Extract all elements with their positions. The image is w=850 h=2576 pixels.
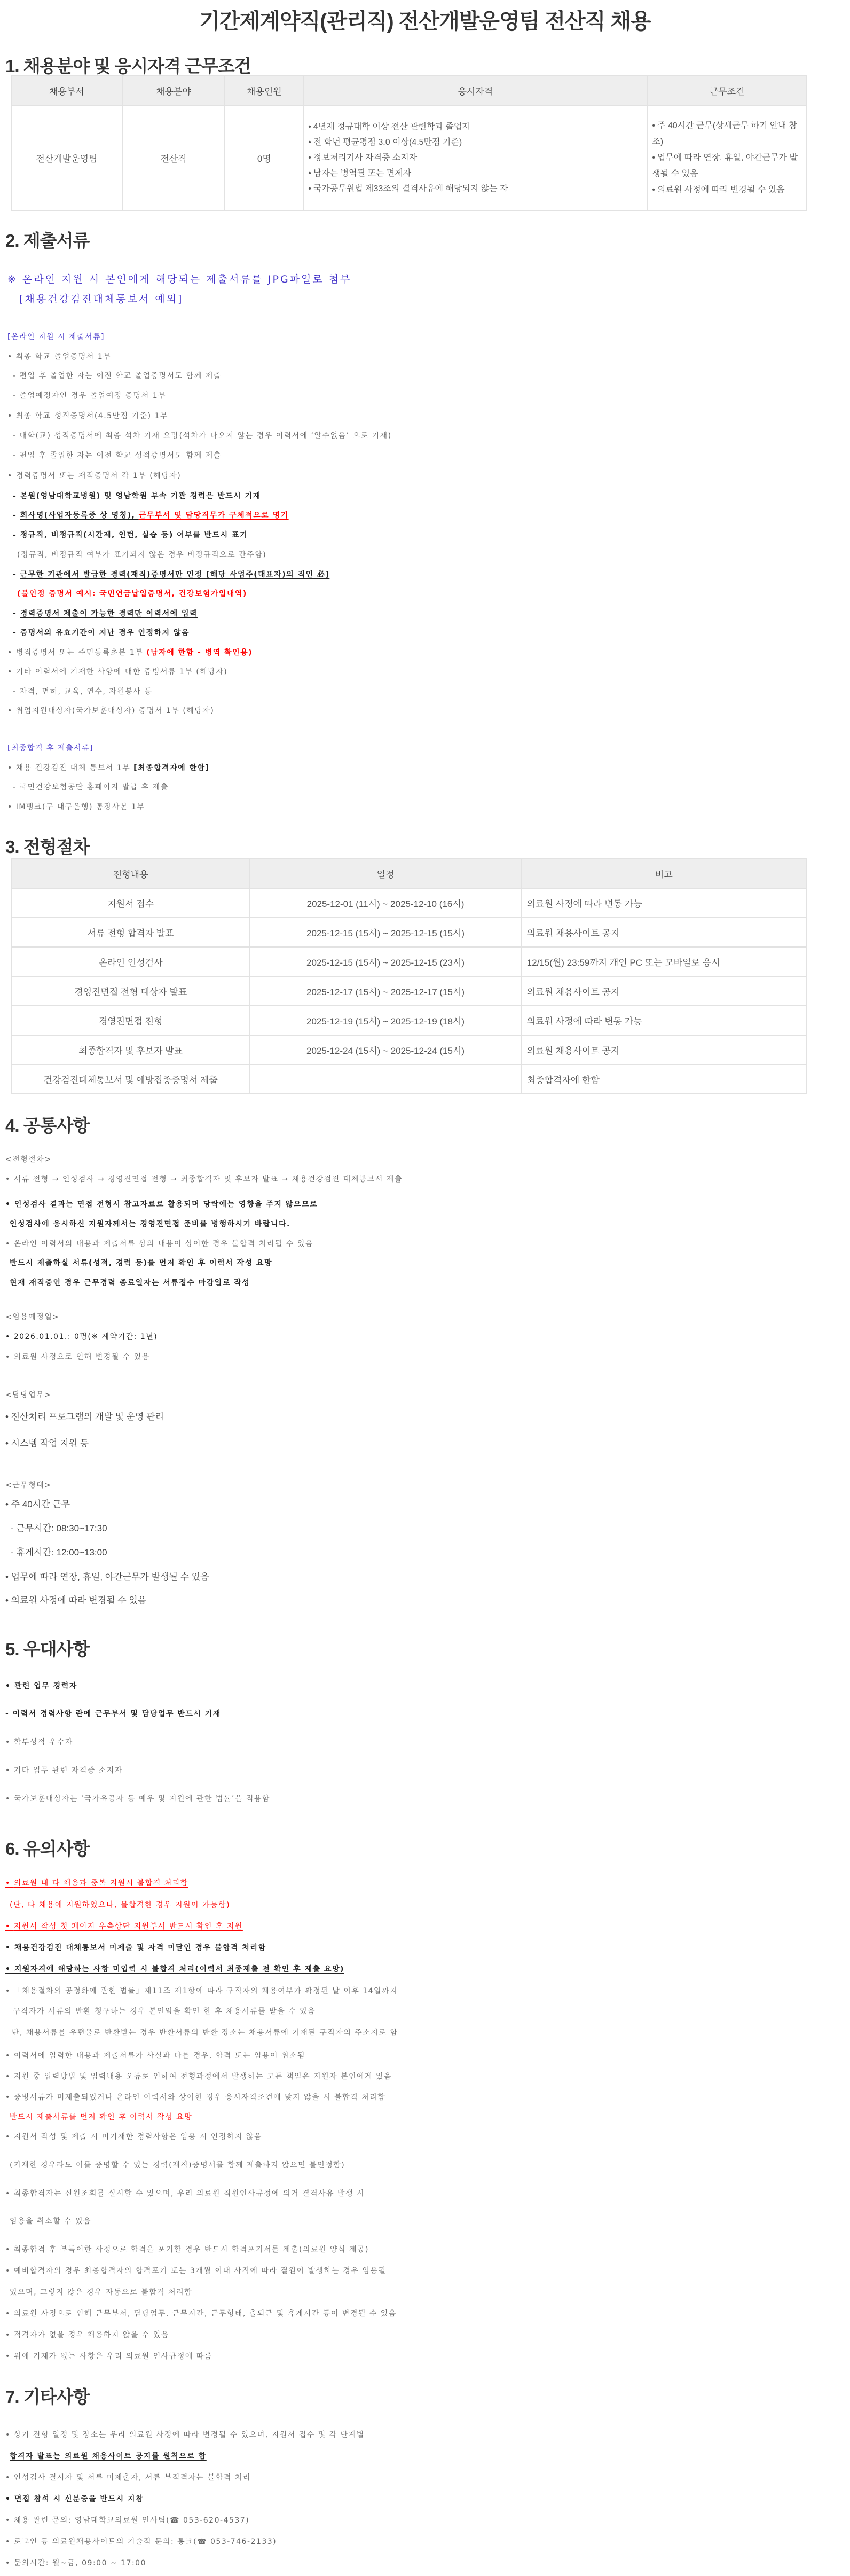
caution-item: • 적격자가 없을 경우 채용하지 않을 수 있음 — [5, 2329, 169, 2340]
work-subitem: - 근무시간: 08:30~17:30 — [11, 1521, 107, 1534]
notice-line-2: [채용건강검진대체통보서 예외] — [19, 291, 183, 306]
condition-item: 주 40시간 근무(상세근무 하기 안내 참조) — [652, 118, 801, 150]
caution-item-bold: • 채용건강검진 대체통보서 미제출 및 자격 미달인 경우 불합격 처리함 — [5, 1942, 266, 1953]
section6-heading: 6. 유의사항 — [5, 1835, 89, 1860]
col-header-headcount: 채용인원 — [225, 76, 303, 105]
table-row: 건강검진대체통보서 및 예방접종증명서 제출 최종합격자에 한함 — [11, 1064, 807, 1094]
caution-subitem: 있으며, 그렇지 않은 경우 자동으로 불합격 처리함 — [10, 2287, 192, 2297]
qualification-item: 정보처리기사 자격증 소지자 — [308, 150, 647, 166]
doc-subitem-emphasis: - 정규직, 비정규직(시간제, 인턴, 실습 등) 여부를 반드시 표기 — [13, 529, 248, 540]
caution-item: • 증빙서류가 미제출되었거나 온라인 이력서와 상이한 경우 응시자격조건에 … — [5, 2092, 385, 2102]
doc-item: • 취업지원대상자(국가보훈대상자) 증명서 1부 (해당자) — [7, 705, 214, 716]
doc-subitem: - 졸업예정자인 경우 졸업예정 증명서 1부 — [13, 390, 166, 401]
aptitude-note-2: 인성검사에 응시하신 지원자께서는 경영진면접 준비를 병행하시기 바랍니다. — [10, 1218, 290, 1229]
work-label: <근무형태> — [5, 1479, 52, 1490]
notice-line-1: ※ 온라인 지원 시 본인에게 해당되는 제출서류를 JPG파일로 첨부 — [7, 271, 352, 286]
qualification-item: 전 학년 평균평점 3.0 이상(4.5만점 기준) — [308, 135, 647, 150]
caution-item-bold: • 지원자격에 해당하는 사항 미입력 시 불합격 처리(이력서 최종제출 전 … — [5, 1963, 344, 1974]
final-doc-item: • IM뱅크(구 대구은행) 통장사본 1부 — [7, 801, 145, 812]
step-cell: 온라인 인성검사 — [11, 947, 250, 976]
final-doc-item: • 채용 건강검진 대체 통보서 1부 [최종합격자에 한함] — [7, 762, 210, 773]
doc-item: • 경력증명서 또는 재직증명서 각 1부 (해당자) — [7, 470, 181, 481]
caution-item: • 「채용절차의 공정화에 관한 법률」제11조 제1항에 따라 구직자의 채용… — [5, 1985, 398, 1996]
step-cell: 경영진면접 전형 대상자 발표 — [11, 976, 250, 1006]
mismatch-note: • 온라인 이력서의 내용과 제출서류 상의 내용이 상이한 경우 불합격 처리… — [5, 1238, 313, 1249]
note-cell: 12/15(월) 23:59까지 개인 PC 또는 모바일로 응시 — [521, 947, 807, 976]
doc-subitem: - 편입 후 졸업한 자는 이전 학교 졸업증명서도 함께 제출 — [13, 370, 222, 381]
step-cell: 최종합격자 및 후보자 발표 — [11, 1035, 250, 1064]
work-item: • 의료원 사정에 따라 변경될 수 있음 — [5, 1593, 146, 1606]
col-header-field: 채용분야 — [122, 76, 225, 105]
caution-item-red: (단, 타 채용에 지원하였으나, 불합격한 경우 지원이 가능함) — [10, 1899, 230, 1910]
condition-item: 의료원 사정에 따라 변경될 수 있음 — [652, 182, 801, 198]
work-item: • 업무에 따라 연장, 휴일, 야간근무가 발생될 수 있음 — [5, 1569, 209, 1583]
table-row: 지원서 접수 2025-12-01 (11시) ~ 2025-12-10 (16… — [11, 888, 807, 918]
mismatch-emphasis-2: 현재 재직중인 경우 근무경력 종료일자는 서류접수 마감일로 작성 — [10, 1277, 250, 1288]
conditions-cell: 주 40시간 근무(상세근무 하기 안내 참조) 업무에 따라 연장, 휴일, … — [647, 105, 807, 210]
misc-item-bold: • 면접 참석 시 신분증을 반드시 지참 — [5, 2493, 144, 2504]
section7-heading: 7. 기타사항 — [5, 2383, 89, 2408]
aptitude-note-1: • 인성검사 결과는 면접 전형시 참고자료로 활용되며 당락에는 영향을 주지… — [5, 1199, 318, 1209]
condition-item: 업무에 따라 연장, 휴일, 야간근무가 발생될 수 있음 — [652, 150, 801, 182]
note-cell: 의료원 채용사이트 공지 — [521, 1035, 807, 1064]
page-title: 기간제계약직(관리직) 전산개발운영팀 전산직 채용 — [0, 4, 850, 35]
step-cell: 지원서 접수 — [11, 888, 250, 918]
schedule-cell: 2025-12-17 (15시) ~ 2025-12-17 (15시) — [250, 976, 521, 1006]
duty-item: • 전산처리 프로그램의 개발 및 운영 관리 — [5, 1409, 164, 1422]
qualifications-cell: 4년제 정규대학 이상 전산 관련학과 졸업자 전 학년 평균평점 3.0 이상… — [303, 105, 647, 210]
doc-subitem-emphasis: - 회사명(사업자등록증 상 명칭), 근무부서 및 담당직무가 구체적으로 명… — [13, 510, 289, 520]
doc-subitem-emphasis: - 경력증명서 제출이 가능한 경력만 이력서에 입력 — [13, 608, 198, 618]
process-flow: • 서류 전형 → 인성검사 → 경영진면접 전형 → 최종합격자 및 후보자 … — [5, 1173, 403, 1184]
caution-subitem: 구직자가 서류의 반환 청구하는 경우 본인임을 확인 한 후 채용서류를 받을… — [13, 2006, 316, 2016]
final-doc-subitem: - 국민건강보험공단 홈페이지 발급 후 제출 — [13, 781, 169, 792]
doc-warning: (불인정 증명서 예시: 국민연금납입증명서, 건강보험가입내역) — [17, 588, 247, 599]
caution-item: • 최종합격 후 부득이한 사정으로 합격을 포기할 경우 반드시 합격포기서를… — [5, 2244, 369, 2254]
caution-item: • 이력서에 입력한 내용과 제출서류가 사실과 다를 경우, 합격 또는 임용… — [5, 2050, 305, 2061]
caution-item: • 지원 중 입력방법 및 입력내용 오류로 인하여 전형과정에서 발생하는 모… — [5, 2071, 392, 2081]
table-row: 경영진면접 전형 2025-12-19 (15시) ~ 2025-12-19 (… — [11, 1006, 807, 1035]
step-cell: 건강검진대체통보서 및 예방접종증명서 제출 — [11, 1064, 250, 1094]
mismatch-emphasis-1: 반드시 제출하실 서류(성적, 경력 등)를 먼저 확인 후 이력서 작성 요망 — [10, 1257, 272, 1268]
preference-item: • 기타 업무 관련 자격증 소지자 — [5, 1765, 123, 1775]
doc-note: (정규직, 비정규직 여부가 표기되지 않은 경우 비정규직으로 간주함) — [17, 549, 266, 560]
qualification-item: 4년제 정규대학 이상 전산 관련학과 졸업자 — [308, 119, 647, 135]
caution-item: • 예비합격자의 경우 최종합격자의 합격포기 또는 3개월 이내 사직에 따라… — [5, 2265, 387, 2276]
step-cell: 경영진면접 전형 — [11, 1006, 250, 1035]
col-header-conditions: 근무조건 — [647, 76, 807, 105]
doc-item: • 기타 이력서에 기재한 사항에 대한 증빙서류 1부 (해당자) — [7, 666, 227, 677]
doc-item: • 최종 학교 졸업증명서 1부 — [7, 351, 111, 362]
section2-heading: 2. 제출서류 — [5, 227, 89, 252]
misc-item: • 상기 전형 일정 및 장소는 우리 의료원 사정에 따라 변경될 수 있으며… — [5, 2429, 365, 2440]
table-row: 서류 전형 합격자 발표 2025-12-15 (15시) ~ 2025-12-… — [11, 918, 807, 947]
table-row: 온라인 인성검사 2025-12-15 (15시) ~ 2025-12-15 (… — [11, 947, 807, 976]
caution-item: • 위에 기재가 없는 사항은 우리 의료원 인사규정에 따름 — [5, 2351, 212, 2361]
section3-heading: 3. 전형절차 — [5, 833, 89, 858]
caution-item: • 의료원 사정으로 인해 근무부서, 담당업무, 근무시간, 근무형태, 출퇴… — [5, 2308, 397, 2319]
field-cell: 전산직 — [122, 105, 225, 210]
contact-hr: • 채용 관련 문의: 영남대학교의료원 인사팀(☎ 053-620-4537) — [5, 2515, 249, 2525]
table-row: 경영진면접 전형 대상자 발표 2025-12-17 (15시) ~ 2025-… — [11, 976, 807, 1006]
recruitment-table: 채용부서 채용분야 채용인원 응시자격 근무조건 전산개발운영팀 전산직 0명 … — [11, 75, 807, 211]
duty-item: • 시스템 작업 지원 등 — [5, 1436, 89, 1449]
note-cell: 의료원 채용사이트 공지 — [521, 918, 807, 947]
doc-subitem: - 편입 후 졸업한 자는 이전 학교 성적증명서도 함께 제출 — [13, 450, 222, 460]
col-header-department: 채용부서 — [11, 76, 122, 105]
note-cell: 의료원 사정에 따라 변동 가능 — [521, 888, 807, 918]
appoint-item: • 의료원 사정으로 인해 변경될 수 있음 — [5, 1351, 150, 1362]
col-header-note: 비고 — [521, 859, 807, 888]
misc-emphasis: 합격자 발표는 의료원 채용사이트 공지를 원칙으로 함 — [10, 2450, 207, 2461]
schedule-cell: 2025-12-24 (15시) ~ 2025-12-24 (15시) — [250, 1035, 521, 1064]
schedule-cell — [250, 1064, 521, 1094]
step-cell: 서류 전형 합격자 발표 — [11, 918, 250, 947]
preference-item: • 국가보훈대상자는 ‘국가유공자 등 예우 및 지원에 관한 법률’을 적용함 — [5, 1793, 270, 1804]
schedule-cell: 2025-12-15 (15시) ~ 2025-12-15 (15시) — [250, 918, 521, 947]
doc-item: • 최종 학교 성적증명서(4.5만점 기준) 1부 — [7, 410, 168, 421]
caution-item: • 최종합격자는 신원조회를 실시할 수 있으며, 우리 의료원 직원인사규정에… — [5, 2188, 365, 2198]
work-item: • 주 40시간 근무 — [5, 1497, 70, 1510]
col-header-schedule: 일정 — [250, 859, 521, 888]
preference-item: • 학부성적 우수자 — [5, 1736, 73, 1747]
qualification-item: 국가공무원법 제33조의 결격사유에 해당되지 않는 자 — [308, 181, 647, 197]
col-header-step: 전형내용 — [11, 859, 250, 888]
process-table: 전형내용 일정 비고 지원서 접수 2025-12-01 (11시) ~ 202… — [11, 858, 807, 1094]
caution-item-red: • 의료원 내 타 채용과 중복 지원시 불합격 처리함 — [5, 1877, 188, 1888]
section1-heading: 1. 채용분야 및 응시자격 근무조건 — [5, 52, 251, 77]
doc-subitem-emphasis: - 근무한 기관에서 발급한 경력(재직)증명서만 인정 [해당 사업주(대표자… — [13, 569, 329, 580]
contact-hours: • 문의시간: 월~금, 09:00 ~ 17:00 — [5, 2557, 146, 2568]
job-posting-page: 기간제계약직(관리직) 전산개발운영팀 전산직 채용 1. 채용분야 및 응시자… — [0, 0, 850, 2576]
online-docs-title: [온라인 지원 시 제출서류] — [7, 331, 105, 342]
schedule-cell: 2025-12-19 (15시) ~ 2025-12-19 (18시) — [250, 1006, 521, 1035]
duty-label: <담당업무> — [5, 1389, 52, 1400]
preference-subitem: - 이력서 경력사항 란에 근무부서 및 담당업무 반드시 기재 — [5, 1708, 221, 1719]
section4-heading: 4. 공통사항 — [5, 1112, 89, 1137]
department-cell: 전산개발운영팀 — [11, 105, 122, 210]
appoint-label: <임용예정일> — [5, 1311, 60, 1322]
doc-item: • 병적증명서 또는 주민등록초본 1부 (남자에 한함 - 병역 확인용) — [7, 647, 253, 657]
headcount-cell: 0명 — [225, 105, 303, 210]
table-row: 최종합격자 및 후보자 발표 2025-12-24 (15시) ~ 2025-1… — [11, 1035, 807, 1064]
caution-subitem: 단, 채용서류를 우편물로 반환받는 경우 반환서류의 반환 장소는 채용서류에… — [12, 2027, 398, 2038]
doc-subitem: - 자격, 면허, 교육, 연수, 자원봉사 등 — [13, 686, 152, 696]
caution-warning: 반드시 제출서류를 먼저 확인 후 이력서 작성 요망 — [10, 2111, 192, 2122]
note-cell: 의료원 채용사이트 공지 — [521, 976, 807, 1006]
caution-item-red: • 지원서 작성 첫 페이지 우측상단 지원부서 반드시 확인 후 지원 — [5, 1921, 243, 1931]
preference-item: • 관련 업무 경력자 — [5, 1680, 77, 1691]
caution-subitem: 임용을 취소할 수 있음 — [10, 2215, 91, 2226]
doc-subitem-emphasis: - 증명서의 유효기간이 지난 경우 인정하지 않음 — [13, 627, 190, 638]
doc-subitem-emphasis: - 본원(영남대학교병원) 및 영남학원 부속 기관 경력은 반드시 기재 — [13, 490, 261, 501]
contact-tech: • 로그인 등 의료원채용사이트의 기술적 문의: 통크(☎ 053-746-2… — [5, 2536, 277, 2547]
table-row: 전산개발운영팀 전산직 0명 4년제 정규대학 이상 전산 관련학과 졸업자 전… — [11, 105, 807, 210]
schedule-cell: 2025-12-01 (11시) ~ 2025-12-10 (16시) — [250, 888, 521, 918]
qualification-item: 남자는 병역필 또는 면제자 — [308, 166, 647, 181]
process-label: <전형절차> — [5, 1154, 52, 1164]
note-cell: 최종합격자에 한함 — [521, 1064, 807, 1094]
schedule-cell: 2025-12-15 (15시) ~ 2025-12-15 (23시) — [250, 947, 521, 976]
work-subitem: - 휴게시간: 12:00~13:00 — [11, 1545, 107, 1558]
section5-heading: 5. 우대사항 — [5, 1635, 89, 1661]
misc-item: • 인성검사 결시자 및 서류 미제출자, 서류 부적격자는 불합격 처리 — [5, 2472, 251, 2483]
note-cell: 의료원 사정에 따라 변동 가능 — [521, 1006, 807, 1035]
caution-item: • 지원서 작성 및 제출 시 미기재한 경력사항은 임용 시 인정하지 않음 — [5, 2131, 262, 2142]
col-header-qualifications: 응시자격 — [303, 76, 647, 105]
doc-subitem: - 대학(교) 성적증명서에 최종 석차 기재 요망(석차가 나오지 않는 경우… — [13, 430, 392, 441]
appoint-item: • 2026.01.01.: 0명(※ 계약기간: 1년) — [5, 1331, 158, 1342]
caution-subitem: (기재한 경우라도 이를 증명할 수 있는 경력(재직)증명서를 함께 제출하지… — [10, 2159, 345, 2170]
final-docs-title: [최종합격 후 제출서류] — [7, 742, 93, 753]
